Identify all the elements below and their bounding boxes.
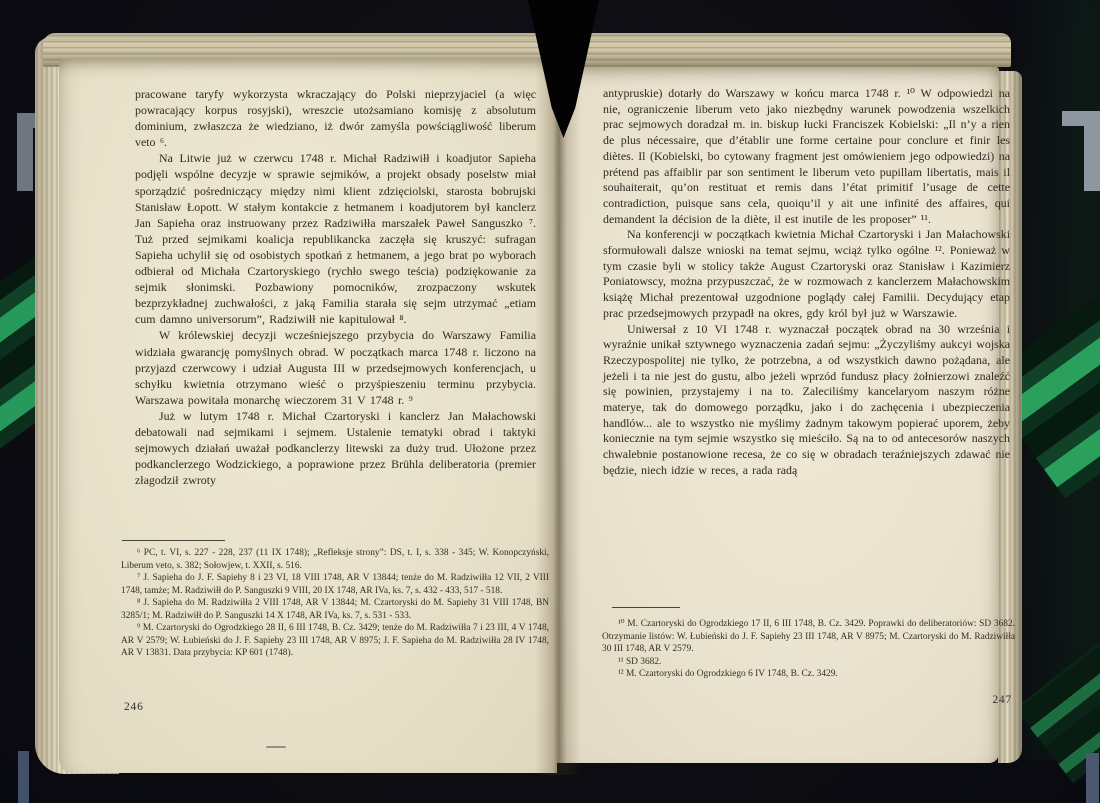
body-paragraph: Już w lutym 1748 r. Michał Czartoryski i… (135, 408, 536, 488)
page-number-right: 247 (940, 694, 1012, 706)
footnote: ¹² M. Czartoryski do Ogrodzkiego 6 IV 17… (602, 668, 1015, 681)
footnote: ⁹ M. Czartoryski do Ogrodzkiego 28 II, 6… (121, 622, 549, 660)
right-page-footnotes: ¹⁰ M. Czartoryski do Ogrodzkiego 17 II, … (602, 618, 1015, 681)
footnote-separator (122, 540, 225, 541)
stray-mark (266, 746, 286, 748)
body-paragraph: Na konferencji w początkach kwietnia Mic… (603, 227, 1010, 321)
right-page-body: antypruskie) dotarły do Warszawy w końcu… (603, 86, 1010, 479)
photo-backdrop: pracowane taryfy wykorzysta wkraczający … (0, 0, 1100, 803)
footnote: ¹¹ SD 3682. (602, 656, 1015, 669)
left-page-body: pracowane taryfy wykorzysta wkraczający … (135, 86, 536, 488)
blue-bar-bottom-right (1086, 753, 1099, 803)
body-paragraph: Na Litwie już w czerwcu 1748 r. Michał R… (135, 150, 536, 327)
footnote: ⁷ J. Sapieha do J. F. Sapiehy 8 i 23 VI,… (121, 572, 549, 597)
book-gutter-shadow (535, 57, 581, 775)
footnote: ⁸ J. Sapieha do M. Radziwiłła 2 VIII 174… (121, 597, 549, 622)
footnote-separator (612, 607, 680, 608)
corner-bracket-right-mark (1062, 111, 1100, 191)
footnote: ⁶ PC, t. VI, s. 227 - 228, 237 (11 IX 17… (121, 547, 549, 572)
body-paragraph: Uniwersał z 10 VI 1748 r. wyznaczał pocz… (603, 322, 1010, 479)
footnote: ¹⁰ M. Czartoryski do Ogrodzkiego 17 II, … (602, 618, 1015, 656)
blue-bar-bottom-left (18, 751, 29, 803)
body-paragraph: pracowane taryfy wykorzysta wkraczający … (135, 86, 536, 150)
left-page-footnotes: ⁶ PC, t. VI, s. 227 - 228, 237 (11 IX 17… (121, 547, 549, 660)
page-number-left: 246 (124, 701, 144, 713)
body-paragraph: W królewskiej decyzji wcześniejszego prz… (135, 327, 536, 407)
body-paragraph: antypruskie) dotarły do Warszawy w końcu… (603, 86, 1010, 227)
